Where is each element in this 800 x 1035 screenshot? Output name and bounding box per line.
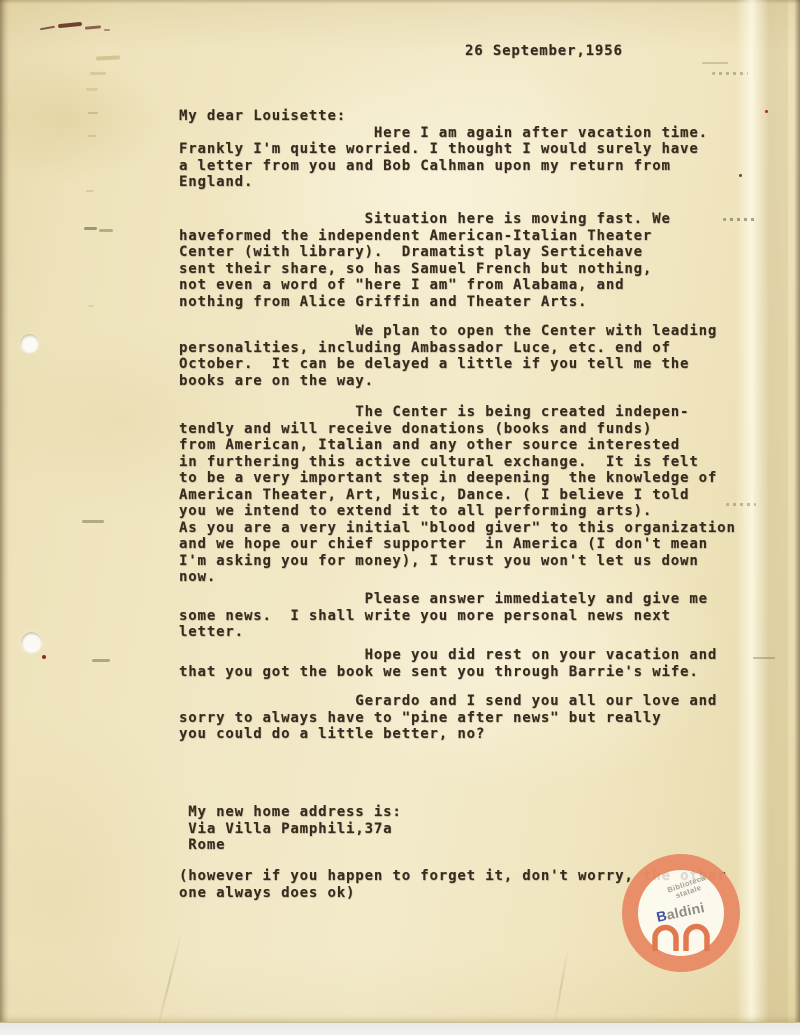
margin-smudge bbox=[86, 88, 98, 91]
baldini-stamp: Biblioteca statale Baldini bbox=[622, 854, 740, 972]
address-block: My new home address is: Via Villa Pamphi… bbox=[179, 804, 402, 854]
letter-paragraph-1: Here I am again after vacation time. Fra… bbox=[179, 125, 708, 191]
paper-edge-top bbox=[0, 0, 800, 4]
margin-smudge bbox=[723, 218, 757, 221]
margin-smudge bbox=[88, 135, 96, 137]
ink-speck bbox=[739, 174, 742, 177]
margin-smudge bbox=[84, 227, 97, 230]
paper-crease bbox=[553, 945, 570, 1029]
ink-speck bbox=[42, 655, 46, 659]
margin-smudge bbox=[96, 55, 120, 60]
margin-smudge bbox=[90, 72, 106, 75]
margin-smudge bbox=[99, 229, 113, 232]
letter-paragraph-7: Gerardo and I send you all our love and … bbox=[179, 693, 717, 743]
margin-smudge bbox=[82, 520, 104, 523]
paper-crease bbox=[155, 931, 182, 1033]
letter-page: 26 September,1956 My dear Louisette: Her… bbox=[0, 0, 800, 1035]
margin-smudge bbox=[702, 62, 728, 64]
paper-edge-left bbox=[0, 0, 9, 1035]
letter-paragraph-2: Situation here is moving fast. We havefo… bbox=[179, 211, 671, 310]
margin-smudge bbox=[753, 657, 775, 659]
letter-date: 26 September,1956 bbox=[465, 43, 623, 60]
letter-paragraph-5: Please answer immediately and give me so… bbox=[179, 591, 708, 641]
pencil-mark bbox=[40, 26, 55, 31]
hole-punch bbox=[20, 334, 39, 353]
stamp-brand: Baldini bbox=[655, 900, 706, 924]
margin-smudge bbox=[712, 72, 748, 75]
open-book-icon bbox=[650, 923, 714, 951]
letter-paragraph-6: Hope you did rest on your vacation and t… bbox=[179, 647, 717, 680]
margin-smudge bbox=[92, 659, 110, 662]
pencil-mark bbox=[58, 22, 82, 28]
letter-paragraph-4: The Center is being created indepen- ten… bbox=[179, 404, 736, 586]
margin-smudge bbox=[88, 305, 94, 307]
margin-smudge bbox=[88, 112, 98, 114]
letter-salutation: My dear Louisette: bbox=[179, 108, 346, 125]
pencil-mark bbox=[85, 25, 101, 29]
scan-background-strip bbox=[0, 1023, 800, 1035]
pencil-mark bbox=[104, 29, 110, 31]
letter-paragraph-3: We plan to open the Center with leading … bbox=[179, 323, 717, 389]
paper-crease-right bbox=[736, 0, 788, 1035]
margin-smudge bbox=[86, 190, 94, 192]
paper-edge-right bbox=[794, 0, 800, 1035]
stamp-small-text: Biblioteca statale bbox=[666, 874, 709, 902]
stamp-brand-rest: aldini bbox=[665, 899, 706, 923]
ink-speck bbox=[765, 110, 768, 113]
hole-punch bbox=[21, 632, 42, 653]
